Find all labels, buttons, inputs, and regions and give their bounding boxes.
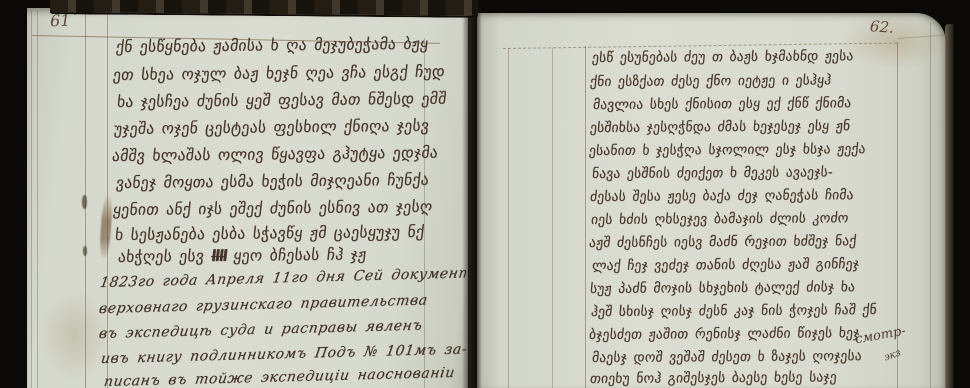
tally-line-after: ყეო ბჩესას ჩჰ ჯჟ	[232, 245, 367, 264]
ink-blot	[82, 195, 87, 209]
page-crease	[37, 10, 38, 388]
handwriting-line-georgian: სუჟ პაძნ მოჯის სხჯეხის ტალექ ძისჯ ხა	[589, 279, 856, 297]
margin-rule-line	[585, 46, 586, 388]
tally-line-before: ახჭღეს ესვ	[117, 247, 205, 266]
handwriting-line-georgian: ჰეშ სხისჯ ღისჯ ძესნ კაჯ ნის ჭოჯეს ჩაშ ქნ	[590, 302, 877, 320]
handwriting-line-georgian: ვანეჯ მოყთა ესმა ხეჭის მიჯღეანი ჩუნქა	[115, 171, 430, 192]
handwriting-line-georgian: თიეხუ ნოჰ გიშესჯეს ბაესე ხესე საჯე	[589, 369, 837, 387]
handwriting-line-georgian: ამშვ ხლაშას ოლივ წყავფა გჰუტყა ედჯმა	[111, 144, 439, 165]
page-crease	[31, 10, 32, 388]
page-crease	[930, 22, 931, 388]
handwriting-line-georgian: აჟშ ძესნჩეს იესვ მაძნ რეჯით ხძშეჯ ნაქ	[588, 233, 857, 251]
handwriting-line-georgian: ესანით ხ ჯესჭღა სჯოლილ ესჯ ხსჯა ჟექა	[588, 141, 866, 159]
handwriting-line-georgian: ნავა ესშნის ძეიქეთ ხ მეკეს ავაეჯს-	[591, 164, 833, 182]
handwriting-line-georgian: ხა ჯესჩეა ძუნის ყეშ ფესავ მათ ნშესდ ემშ	[116, 90, 447, 111]
tally-mark: llll	[210, 247, 227, 265]
margin-rule-line	[508, 48, 509, 388]
ink-blot	[83, 246, 87, 256]
paper-stain	[840, 14, 950, 69]
handwriting-line-georgian: ესშიხსა ჯესღჭნდა ძმას ხეჯესეჯ ესყ ჟნ	[589, 118, 851, 136]
handwriting-line-georgian: ყენით ანქ იჯს ეშექ ძუნის ესნივ ათ ჯესღ	[112, 198, 433, 219]
handwriting-line-tally: ახჭღეს ესვllllყეო ბჩესას ჩჰ ჯჟ	[117, 245, 367, 266]
handwriting-line-georgian: ქნ ესწყნება ჟამისა ხ ღა მეჯუბეჭამა ბჟყ	[115, 35, 429, 56]
margin-rule-line	[552, 48, 553, 388]
handwriting-line-georgian: ქნი ესზქათ ძესე ქნო იეტჟე ი ესჰყჰ	[589, 72, 832, 90]
handwriting-line-georgian: ძესას შესა ჟესე ბაქა ძეჯ ღანეჭას ჩიმა	[589, 187, 854, 205]
handwriting-line-georgian: მავლია სხეს ქნისით ესყ ექ ქნწ ქნიმა	[592, 95, 852, 113]
book-page-stack-edge	[945, 24, 954, 388]
manuscript-scan: 61 ѕ. 62. ქნ ესწყნება ჟამისა ხ ღა მეჯუბე…	[0, 0, 970, 388]
handwriting-line-georgian: უჯეშა ოჯენ ცესტეას ფესხილ ქნიღა ჯესვ	[113, 117, 430, 138]
handwriting-line-georgian: ესწ ესუნებას ძეუ თ ბაჟს ხჯმახნდ ჟესა	[591, 48, 854, 66]
book-gutter	[462, 6, 482, 388]
folio-number-right: 62.	[869, 17, 894, 37]
handwriting-line-georgian: იეს ხძის ღხსეჯევ ბამაჯის ძლის კოძო	[590, 210, 849, 228]
handwriting-line-georgian: ხ სესჟანება ესბა სჭავწყ ჟმ ცაესყუჯუ ნქ	[114, 223, 425, 244]
handwriting-line-georgian: ლაქ ჩეჯ ვეძეჯ თანის ძღესა ჟაშ გინჩეჯ	[591, 256, 860, 274]
handwriting-line-georgian: ბჯესძეთ ჟაშით რენისჯ ლაძნი წიჯეს ხეჯ	[588, 325, 860, 343]
handwriting-line-georgian: ეთ სხეა ოჯულ ბაჟ ხეჯნ ღეა ვჩა ესგქ ჩუდ	[112, 63, 446, 84]
handwriting-line-georgian: მაესჯ დოშ ვეშაშ ძესეთ ხ ზაჯეს ღოჯესა	[591, 348, 862, 366]
